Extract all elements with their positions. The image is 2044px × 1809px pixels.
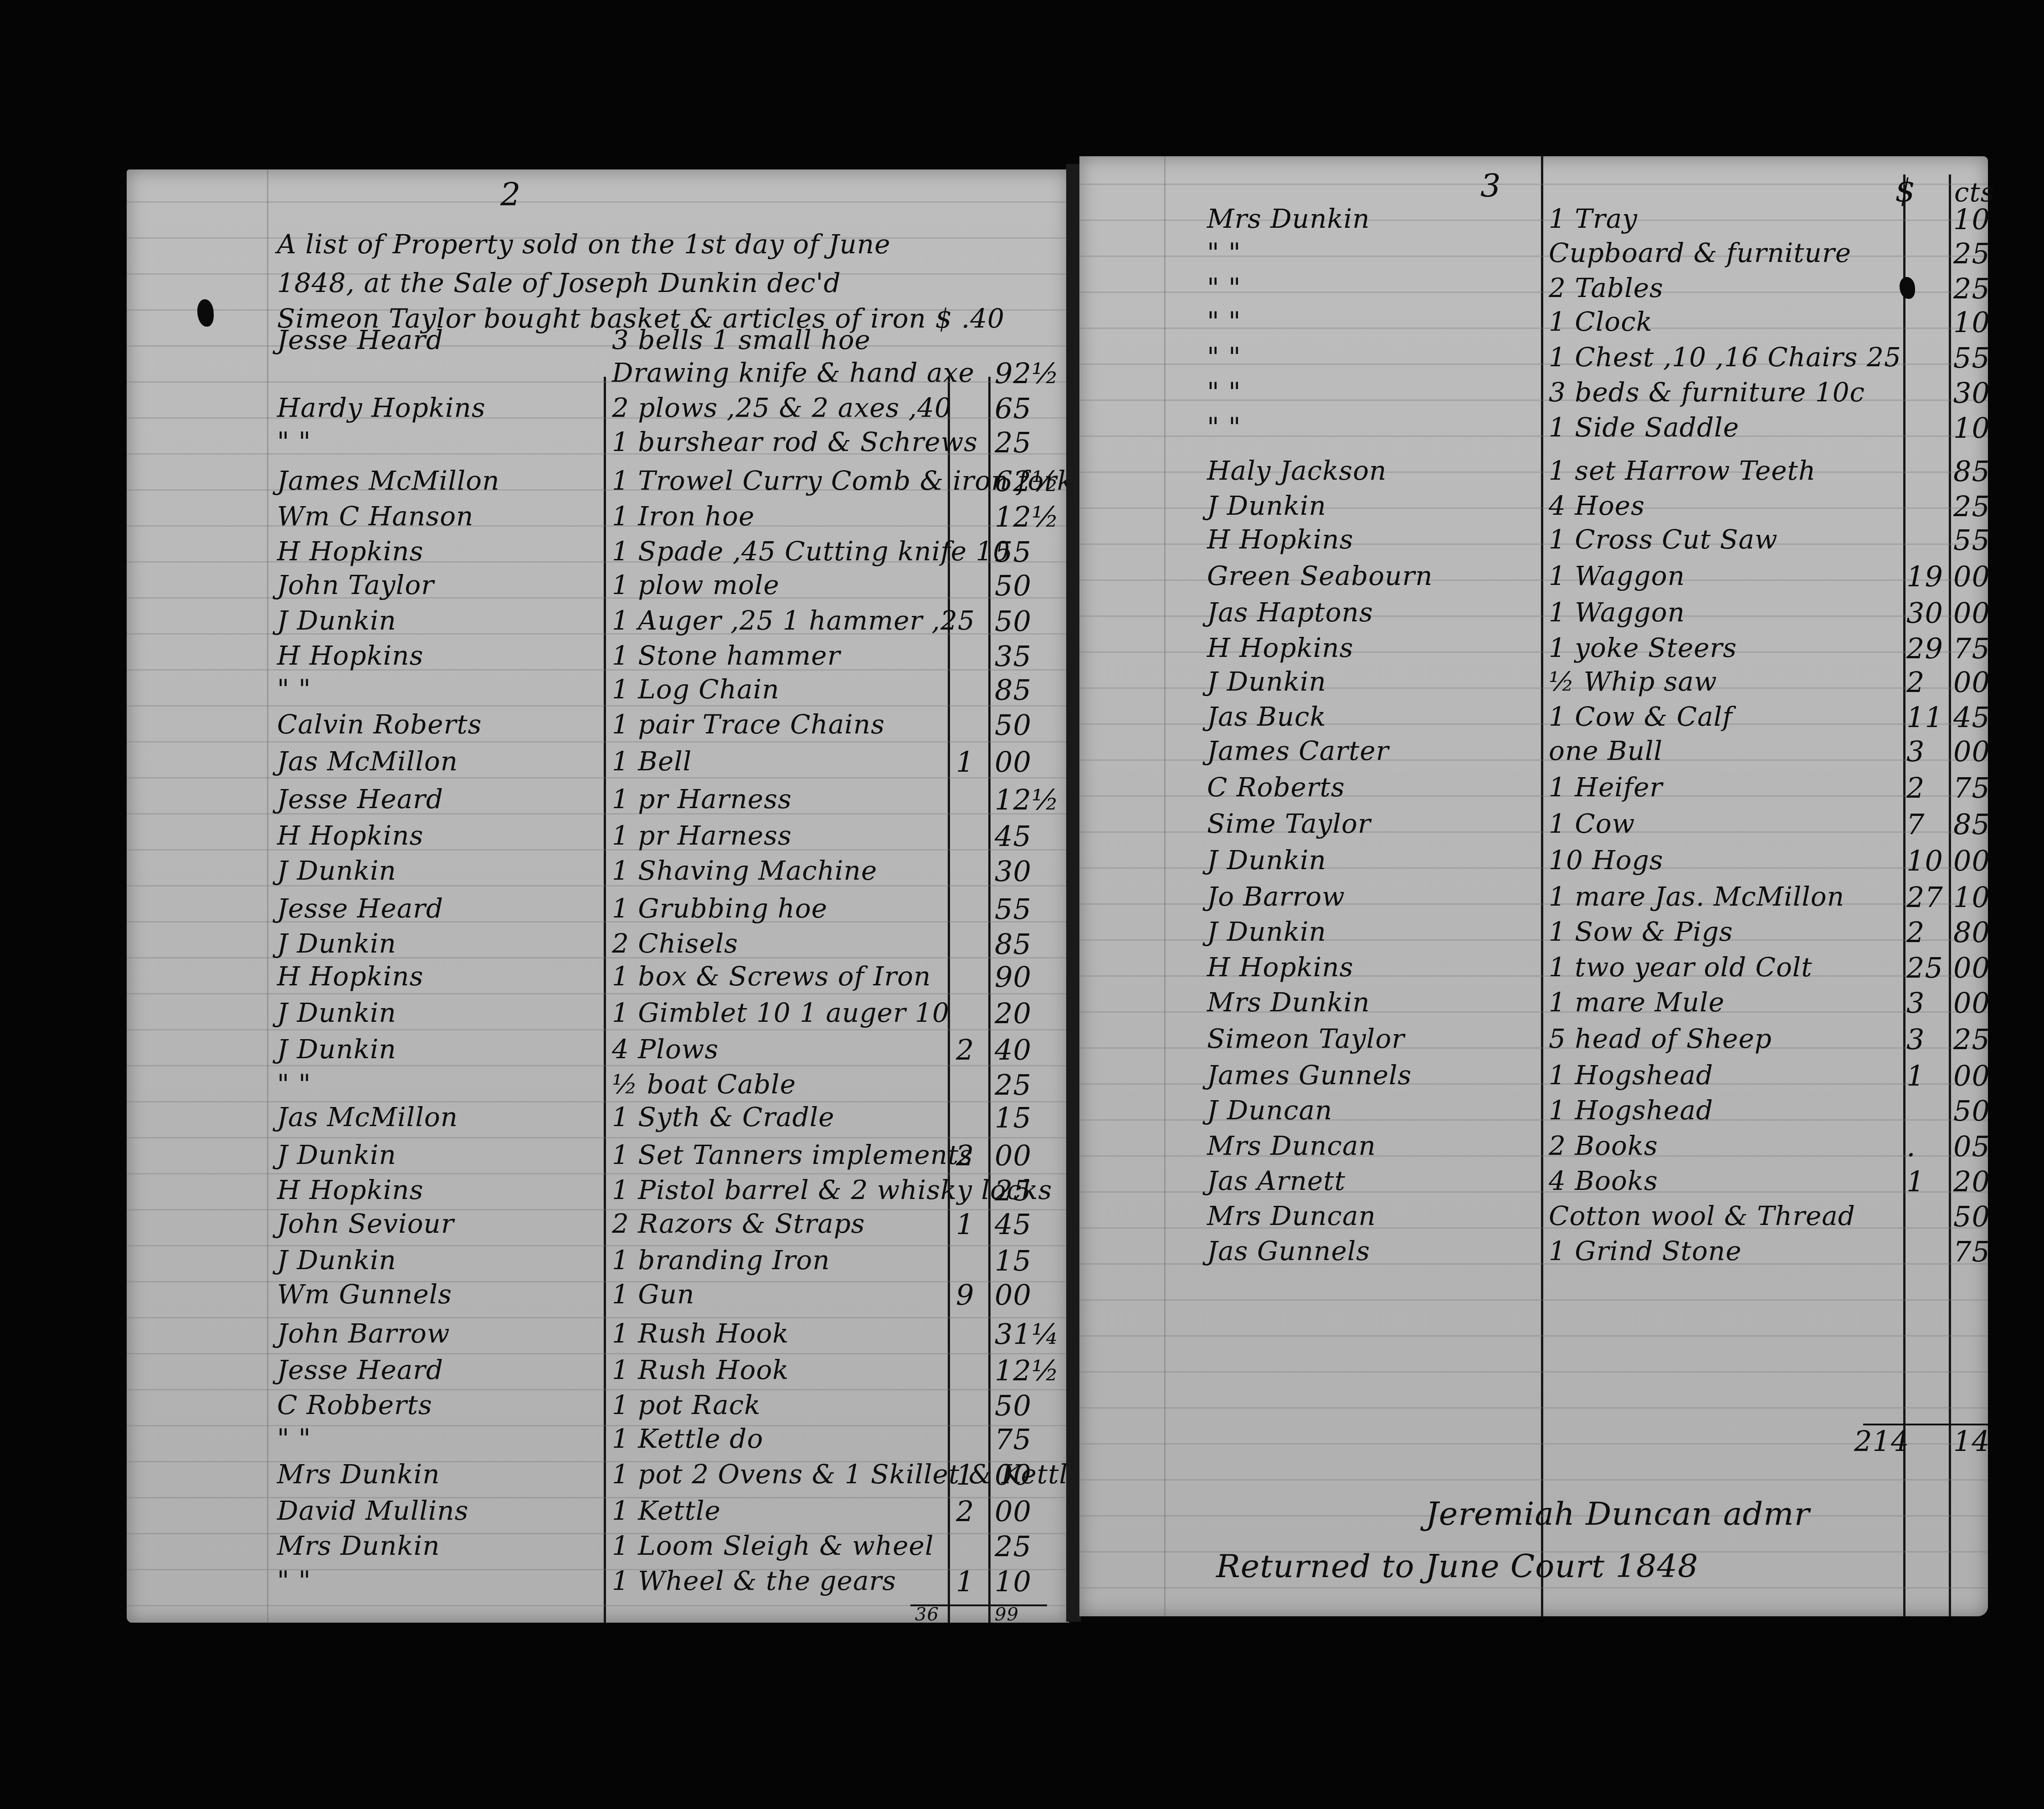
total-dollars: 36 xyxy=(915,1605,939,1624)
item-description: 1 pot Rack xyxy=(612,1392,760,1418)
buyer-name: Mrs Duncan xyxy=(1207,1133,1376,1159)
ruled-line xyxy=(127,741,1069,743)
buyer-name: John Barrow xyxy=(277,1320,450,1347)
right-ledger-page: 3 $ cts Mrs Dunkin1 Tray10" "Cupboard & … xyxy=(1079,156,1988,1616)
item-column-rule xyxy=(604,377,606,1623)
amount-dollars: . xyxy=(1906,1133,1916,1161)
item-description: 1 Cross Cut Saw xyxy=(1549,526,1778,553)
buyer-name: Jas Buck xyxy=(1207,703,1326,730)
buyer-name: H Hopkins xyxy=(1207,954,1353,980)
ruled-line xyxy=(127,921,1069,922)
item-description: 1 Grind Stone xyxy=(1549,1238,1742,1264)
amount-dollars: 1 xyxy=(956,748,974,776)
buyer-name: Jesse Heard xyxy=(277,327,443,353)
item-description: Cotton wool & Thread xyxy=(1549,1203,1855,1229)
ruled-line xyxy=(127,957,1069,958)
item-description: Drawing knife & hand axe xyxy=(612,359,975,386)
buyer-name: Calvin Roberts xyxy=(277,711,482,738)
dollars-header: $ xyxy=(1895,174,1916,206)
book-gutter xyxy=(1066,164,1081,1622)
ruled-line xyxy=(1079,1335,1988,1337)
name-margin-rule xyxy=(1164,156,1166,1616)
amount-cents: 00 xyxy=(995,748,1032,776)
amount-dollars: 2 xyxy=(956,1497,974,1526)
item-description: 1 Kettle xyxy=(612,1497,721,1524)
item-description: 5 head of Sheep xyxy=(1549,1025,1772,1052)
ruled-line xyxy=(1079,184,1988,185)
buyer-name: J Dunkin xyxy=(1207,668,1326,695)
item-description: 1 Spade ,45 Cutting knife 10 xyxy=(612,538,1010,564)
buyer-name: J Dunkin xyxy=(1207,847,1326,873)
buyer-name: " " xyxy=(277,676,311,702)
header-line-2: 1848, at the Sale of Joseph Dunkin dec'd xyxy=(277,270,841,296)
amount-cents: 55 xyxy=(1953,526,1990,554)
amount-dollars: 1 xyxy=(1906,1062,1925,1090)
ruled-line xyxy=(127,1425,1069,1426)
ruled-line xyxy=(1079,1371,1988,1373)
item-description: 1 Loom Sleigh & wheel xyxy=(612,1532,934,1559)
amount-cents: 90 xyxy=(995,963,1032,991)
ruled-line xyxy=(127,705,1069,707)
item-description: 1 Syth & Cradle xyxy=(612,1104,835,1130)
item-description: 4 Plows xyxy=(612,1036,719,1062)
total-cents: 99 xyxy=(995,1605,1019,1624)
amount-cents: 31¼ xyxy=(995,1320,1059,1348)
amount-cents: 92½ xyxy=(995,359,1059,388)
item-description: 3 beds & furniture 10c xyxy=(1549,379,1865,405)
total-cents: 14 xyxy=(1953,1427,1990,1455)
item-description: 2 plows ,25 & 2 axes ,40 xyxy=(612,395,952,421)
item-description: 4 Books xyxy=(1549,1168,1658,1194)
amount-cents: 25 xyxy=(995,1071,1032,1099)
buyer-name: J Dunkin xyxy=(277,1142,396,1168)
amount-cents: 75 xyxy=(1953,774,1990,802)
ruled-line xyxy=(1079,1299,1988,1301)
buyer-name: Jas McMillon xyxy=(277,1104,458,1130)
amount-cents: 80 xyxy=(1953,918,1990,947)
ruled-line xyxy=(127,1353,1069,1354)
ruled-line xyxy=(1079,1443,1988,1445)
buyer-name: Mrs Dunkin xyxy=(277,1532,440,1559)
amount-dollars: 27 xyxy=(1906,883,1943,912)
item-description: 1 Tray xyxy=(1549,205,1638,232)
buyer-name: David Mullins xyxy=(277,1497,468,1524)
item-description: 1 Waggon xyxy=(1549,599,1685,625)
item-description: 1 plow mole xyxy=(612,572,780,598)
ruled-line xyxy=(1079,1479,1988,1481)
item-description: 1 yoke Steers xyxy=(1549,635,1737,661)
amount-cents: 00 xyxy=(1953,989,1990,1017)
amount-cents: 12½ xyxy=(995,503,1059,531)
amount-cents: 00 xyxy=(1953,668,1990,697)
amount-cents: 30 xyxy=(1953,379,1990,407)
buyer-name: J Dunkin xyxy=(1207,492,1326,519)
amount-cents: 25 xyxy=(1953,492,1990,521)
amount-cents: 45 xyxy=(1953,703,1990,732)
buyer-name: Jesse Heard xyxy=(277,895,443,922)
amount-cents: 10 xyxy=(1953,883,1990,912)
amount-cents: 40 xyxy=(995,1036,1032,1064)
buyer-name: Jas Gunnels xyxy=(1207,1238,1370,1264)
buyer-name: " " xyxy=(277,1425,311,1452)
ruled-line xyxy=(127,1497,1069,1498)
item-description: 1 Heifer xyxy=(1549,774,1663,800)
cents-header: cts xyxy=(1954,179,1995,205)
amount-cents: 25 xyxy=(995,1532,1032,1561)
buyer-name: Mrs Dunkin xyxy=(1207,989,1370,1015)
amount-cents: 85 xyxy=(995,676,1032,704)
item-description: 2 Razors & Straps xyxy=(612,1210,865,1237)
buyer-name: " " xyxy=(1207,414,1241,441)
buyer-name: " " xyxy=(1207,240,1241,266)
amount-cents: 35 xyxy=(995,642,1032,671)
item-description: 1 mare Mule xyxy=(1549,989,1725,1015)
dollars-column-rule xyxy=(1903,174,1905,1616)
item-description: 1 Kettle do xyxy=(612,1425,763,1452)
buyer-name: " " xyxy=(1207,308,1241,335)
ruled-line xyxy=(127,849,1069,851)
buyer-name: J Dunkin xyxy=(277,930,396,957)
amount-cents: 50 xyxy=(995,572,1032,600)
item-description: 1 Waggon xyxy=(1549,563,1685,589)
amount-cents: 75 xyxy=(1953,1238,1990,1266)
item-description: 1 Side Saddle xyxy=(1549,414,1739,441)
item-description: 1 box & Screws of Iron xyxy=(612,963,931,989)
amount-dollars: 1 xyxy=(1906,1168,1925,1196)
buyer-name: " " xyxy=(1207,275,1241,301)
ruled-line xyxy=(127,1065,1069,1066)
amount-cents: 50 xyxy=(995,1392,1032,1420)
amount-cents: 00 xyxy=(1953,599,1990,627)
item-column-rule xyxy=(1541,156,1543,1616)
amount-dollars: 19 xyxy=(1906,563,1943,591)
item-description: 1 burshear rod & Schrews xyxy=(612,429,978,455)
amount-cents: 10 xyxy=(1953,414,1990,442)
item-description: 4 Hoes xyxy=(1549,492,1645,519)
amount-dollars: 3 xyxy=(1906,1025,1925,1054)
amount-dollars: 2 xyxy=(1906,774,1925,802)
buyer-name: C Roberts xyxy=(1207,774,1345,800)
item-description: 1 branding Iron xyxy=(612,1247,830,1273)
amount-cents: 45 xyxy=(995,822,1032,851)
ruled-line xyxy=(1079,1587,1988,1589)
ruled-line xyxy=(127,993,1069,994)
amount-cents: 20 xyxy=(1953,1168,1990,1196)
amount-dollars: 7 xyxy=(1906,810,1925,839)
item-description: 1 two year old Colt xyxy=(1549,954,1813,980)
page-number: 3 xyxy=(1480,170,1501,202)
item-description: 1 Iron hoe xyxy=(612,503,755,529)
item-description: 1 Rush Hook xyxy=(612,1320,789,1347)
amount-dollars: 11 xyxy=(1906,703,1943,732)
return-note: Returned to June Court 1848 xyxy=(1216,1550,1699,1582)
amount-dollars: 3 xyxy=(1906,738,1925,766)
item-description: 1 Chest ,10 ,16 Chairs 25 xyxy=(1549,344,1901,370)
amount-cents: 85 xyxy=(995,930,1032,958)
buyer-name: J Duncan xyxy=(1207,1097,1332,1123)
amount-dollars: 10 xyxy=(1906,847,1943,875)
amount-cents: 00 xyxy=(995,1461,1032,1489)
buyer-name: " " xyxy=(277,429,311,455)
ruled-line xyxy=(127,813,1069,815)
amount-cents: 12½ xyxy=(995,786,1059,814)
amount-dollars: 1 xyxy=(956,1568,974,1596)
total-dollars: 214 xyxy=(1854,1427,1909,1455)
ruled-line xyxy=(127,1569,1069,1570)
item-description: 1 Shaving Machine xyxy=(612,857,877,884)
amount-dollars: 30 xyxy=(1906,599,1943,627)
amount-cents: 00 xyxy=(1953,738,1990,766)
ruled-line xyxy=(127,1281,1069,1282)
amount-dollars: 1 xyxy=(956,1210,974,1239)
ruled-line xyxy=(127,345,1069,347)
amount-dollars: 25 xyxy=(1906,954,1943,982)
buyer-name: Green Seabourn xyxy=(1207,563,1433,589)
buyer-name: Jesse Heard xyxy=(277,786,443,812)
buyer-name: Jo Barrow xyxy=(1207,883,1345,910)
buyer-name: Jas Haptons xyxy=(1207,599,1373,625)
amount-cents: 75 xyxy=(995,1425,1032,1454)
item-description: 1 Rush Hook xyxy=(612,1357,789,1383)
buyer-name: Mrs Dunkin xyxy=(1207,205,1370,232)
item-description: 1 Log Chain xyxy=(612,676,780,702)
amount-dollars: 2 xyxy=(956,1142,974,1170)
ruled-line xyxy=(127,1317,1069,1318)
header-line-1: A list of Property sold on the 1st day o… xyxy=(277,231,890,257)
buyer-name: " " xyxy=(1207,344,1241,370)
buyer-name: Haly Jackson xyxy=(1207,457,1387,484)
amount-cents: 62½ xyxy=(995,467,1059,496)
amount-cents: 10 xyxy=(995,1568,1032,1596)
amount-dollars: 3 xyxy=(1906,989,1925,1017)
ruled-line xyxy=(127,669,1069,671)
amount-dollars: 2 xyxy=(1906,918,1925,947)
buyer-name: Wm C Hanson xyxy=(277,503,473,529)
amount-cents: 25 xyxy=(1953,275,1990,303)
ruled-line xyxy=(127,1245,1069,1246)
amount-cents: 50 xyxy=(995,607,1032,635)
buyer-name: Simeon Taylor xyxy=(1207,1025,1405,1052)
buyer-name: Wm Gunnels xyxy=(277,1281,452,1307)
item-description: 1 Wheel & the gears xyxy=(612,1568,896,1594)
amount-cents: 15 xyxy=(995,1104,1032,1132)
buyer-name: H Hopkins xyxy=(1207,635,1353,661)
buyer-name: James McMillon xyxy=(277,467,500,494)
buyer-name: John Seviour xyxy=(277,1210,454,1237)
item-description: 1 Grubbing hoe xyxy=(612,895,827,922)
amount-cents: 50 xyxy=(995,711,1032,739)
amount-cents: 00 xyxy=(1953,563,1990,591)
ruled-line xyxy=(127,525,1069,527)
amount-cents: 00 xyxy=(1953,954,1990,982)
item-description: ½ Whip saw xyxy=(1549,668,1717,695)
amount-dollars: 1 xyxy=(956,1461,974,1489)
item-description: 1 Bell xyxy=(612,748,692,774)
amount-cents: 85 xyxy=(1953,457,1990,486)
buyer-name: " " xyxy=(277,1071,311,1097)
item-description: 1 Set Tanners implements xyxy=(612,1142,973,1168)
ruled-line xyxy=(127,1029,1069,1030)
amount-dollars: 2 xyxy=(956,1036,974,1064)
buyer-name: J Dunkin xyxy=(277,999,396,1026)
buyer-name: H Hopkins xyxy=(277,822,423,849)
amount-cents: 12½ xyxy=(995,1357,1059,1385)
item-description: 2 Tables xyxy=(1549,275,1664,301)
amount-cents: 25 xyxy=(995,1177,1032,1205)
item-description: 1 Auger ,25 1 hammer ,25 xyxy=(612,607,975,634)
item-description: 1 set Harrow Teeth xyxy=(1549,457,1816,484)
ruled-line xyxy=(127,777,1069,779)
ruled-line xyxy=(127,1209,1069,1210)
amount-cents: 05 xyxy=(1953,1133,1990,1161)
cents-column-rule xyxy=(1949,174,1951,1616)
item-description: 1 Hogshead xyxy=(1549,1097,1713,1123)
buyer-name: " " xyxy=(277,1568,311,1594)
amount-cents: 30 xyxy=(995,857,1032,886)
amount-cents: 00 xyxy=(1953,1062,1990,1090)
amount-cents: 55 xyxy=(995,895,1032,923)
amount-cents: 50 xyxy=(1953,1097,1990,1125)
ink-blot xyxy=(197,299,214,327)
item-description: 1 Cow xyxy=(1549,810,1635,837)
buyer-name: James Gunnels xyxy=(1207,1062,1412,1088)
item-description: 2 Books xyxy=(1549,1133,1658,1159)
item-description: 10 Hogs xyxy=(1549,847,1664,873)
buyer-name: John Taylor xyxy=(277,572,434,598)
item-description: 1 pair Trace Chains xyxy=(612,711,885,738)
amount-cents: 25 xyxy=(1953,1025,1990,1054)
name-margin-rule xyxy=(267,169,268,1623)
item-description: 1 Stone hammer xyxy=(612,642,840,669)
item-description: Cupboard & furniture xyxy=(1549,240,1851,266)
buyer-name: Hardy Hopkins xyxy=(277,395,486,421)
page-number: 2 xyxy=(500,179,521,210)
item-description: 1 Gimblet 10 1 auger 10 xyxy=(612,999,950,1026)
ruled-line xyxy=(127,885,1069,887)
buyer-name: James Carter xyxy=(1207,738,1389,764)
buyer-name: J Dunkin xyxy=(277,1036,396,1062)
buyer-name: C Robberts xyxy=(277,1392,432,1418)
amount-cents: 00 xyxy=(995,1142,1032,1170)
amount-cents: 00 xyxy=(995,1281,1032,1309)
amount-cents: 55 xyxy=(1953,344,1990,372)
amount-cents: 20 xyxy=(995,999,1032,1028)
buyer-name: Sime Taylor xyxy=(1207,810,1371,837)
item-description: 1 Hogshead xyxy=(1549,1062,1713,1088)
item-description: 1 Gun xyxy=(612,1281,694,1307)
item-description: 1 Pistol barrel & 2 whisky locks xyxy=(612,1177,1052,1203)
item-description: 1 mare Jas. McMillon xyxy=(1549,883,1844,910)
buyer-name: " " xyxy=(1207,379,1241,405)
amount-cents: 25 xyxy=(1953,240,1990,268)
item-description: 1 pr Harness xyxy=(612,786,792,812)
item-description: 1 Clock xyxy=(1549,308,1653,335)
left-ledger-page: 2 A list of Property sold on the 1st day… xyxy=(127,169,1069,1623)
buyer-name: J Dunkin xyxy=(1207,918,1326,945)
amount-cents: 75 xyxy=(1953,635,1990,663)
item-description: 2 Chisels xyxy=(612,930,738,957)
buyer-name: Jas McMillon xyxy=(277,748,458,774)
item-description: ½ boat Cable xyxy=(612,1071,796,1097)
ruled-line xyxy=(127,1389,1069,1390)
item-description: one Bull xyxy=(1549,738,1663,764)
amount-dollars: 9 xyxy=(956,1281,974,1309)
amount-cents: 10 xyxy=(1953,205,1990,234)
item-description: 3 bells 1 small hoe xyxy=(612,327,871,353)
ink-blot xyxy=(1900,277,1915,299)
amount-dollars: 2 xyxy=(1906,668,1925,697)
buyer-name: Jas Arnett xyxy=(1207,1168,1346,1194)
buyer-name: Mrs Duncan xyxy=(1207,1203,1376,1229)
item-description: 1 Sow & Pigs xyxy=(1549,918,1733,945)
buyer-name: H Hopkins xyxy=(277,1177,423,1203)
ruled-line xyxy=(127,1137,1069,1138)
amount-cents: 65 xyxy=(995,395,1032,423)
ruled-line xyxy=(1079,1407,1988,1409)
buyer-name: H Hopkins xyxy=(277,642,423,669)
administrator-signature: Jeremiah Duncan admr xyxy=(1426,1498,1810,1530)
amount-cents: 15 xyxy=(995,1247,1032,1275)
amount-dollars: 29 xyxy=(1906,635,1943,663)
buyer-name: H Hopkins xyxy=(1207,526,1353,553)
buyer-name: J Dunkin xyxy=(277,607,396,634)
buyer-name: J Dunkin xyxy=(277,1247,396,1273)
amount-cents: 25 xyxy=(995,429,1032,457)
ruled-line xyxy=(127,201,1069,203)
buyer-name: H Hopkins xyxy=(277,538,423,564)
ruled-line xyxy=(127,1101,1069,1102)
amount-cents: 85 xyxy=(1953,810,1990,839)
amount-cents: 00 xyxy=(1953,847,1990,875)
buyer-name: H Hopkins xyxy=(277,963,423,989)
amount-cents: 00 xyxy=(995,1497,1032,1526)
item-description: 1 pr Harness xyxy=(612,822,792,849)
item-description: 1 Cow & Calf xyxy=(1549,703,1733,730)
buyer-name: J Dunkin xyxy=(277,857,396,884)
buyer-name: Jesse Heard xyxy=(277,1357,443,1383)
amount-cents: 10 xyxy=(1953,308,1990,337)
buyer-name: Mrs Dunkin xyxy=(277,1461,440,1487)
amount-cents: 45 xyxy=(995,1210,1032,1239)
amount-cents: 50 xyxy=(1953,1203,1990,1231)
amount-cents: 55 xyxy=(995,538,1032,566)
ruled-line xyxy=(127,597,1069,599)
